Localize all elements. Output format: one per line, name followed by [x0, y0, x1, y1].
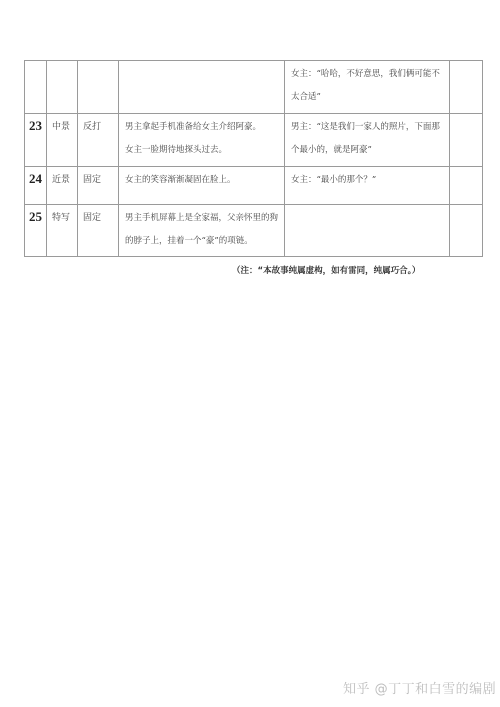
storyboard-table: 女主：“哈哈，不好意思，我们俩可能不 太合适” 23 中景 反打 男主拿起手机准…	[24, 60, 483, 257]
dialogue: 男主：“这是我们一家人的照片，下面那 个最小的，就是阿豪”	[285, 114, 450, 167]
dialogue-line: 女主：“哈哈，不好意思，我们俩可能不	[291, 63, 449, 86]
table-row: 女主：“哈哈，不好意思，我们俩可能不 太合适”	[25, 61, 483, 114]
dialogue: 女主：“哈哈，不好意思，我们俩可能不 太合适”	[285, 61, 450, 114]
watermark: 知乎 @丁丁和白雪的编剧	[343, 678, 496, 697]
shot-size: 近景	[47, 167, 78, 205]
dialogue-line: 个最小的，就是阿豪”	[291, 139, 449, 162]
footnote: （注：“本故事纯属虚构，如有雷同，纯属巧合。）	[232, 264, 420, 276]
shot-size: 特写	[47, 205, 78, 257]
picture-line: 男主手机屏幕上是全家福，父亲怀里的狗	[125, 207, 284, 230]
remark	[450, 114, 483, 167]
camera-move: 固定	[78, 167, 119, 205]
picture-line: 的脖子上，挂着一个“豪”的项链。	[125, 230, 284, 253]
picture-line: 男主拿起手机准备给女主介绍阿豪。	[125, 116, 284, 139]
table-row: 23 中景 反打 男主拿起手机准备给女主介绍阿豪。 女主一脸期待地探头过去。 男…	[25, 114, 483, 167]
shot-size	[47, 61, 78, 114]
dialogue	[285, 205, 450, 257]
dialogue-line: 太合适”	[291, 86, 449, 109]
picture-content: 女主的笑容渐渐凝固在脸上。	[119, 167, 285, 205]
picture-content	[119, 61, 285, 114]
picture-content: 男主手机屏幕上是全家福，父亲怀里的狗 的脖子上，挂着一个“豪”的项链。	[119, 205, 285, 257]
remark	[450, 61, 483, 114]
remark	[450, 167, 483, 205]
shot-number: 25	[25, 205, 47, 257]
camera-move: 固定	[78, 205, 119, 257]
shot-number: 23	[25, 114, 47, 167]
picture-line: 女主一脸期待地探头过去。	[125, 139, 284, 162]
table-row: 24 近景 固定 女主的笑容渐渐凝固在脸上。 女主：“最小的那个？”	[25, 167, 483, 205]
camera-move: 反打	[78, 114, 119, 167]
table-row: 25 特写 固定 男主手机屏幕上是全家福，父亲怀里的狗 的脖子上，挂着一个“豪”…	[25, 205, 483, 257]
dialogue-line: 男主：“这是我们一家人的照片，下面那	[291, 116, 449, 139]
shot-size: 中景	[47, 114, 78, 167]
picture-line: 女主的笑容渐渐凝固在脸上。	[125, 169, 284, 192]
camera-move	[78, 61, 119, 114]
picture-content: 男主拿起手机准备给女主介绍阿豪。 女主一脸期待地探头过去。	[119, 114, 285, 167]
remark	[450, 205, 483, 257]
dialogue-line: 女主：“最小的那个？”	[291, 169, 449, 192]
shot-number	[25, 61, 47, 114]
dialogue: 女主：“最小的那个？”	[285, 167, 450, 205]
shot-number: 24	[25, 167, 47, 205]
